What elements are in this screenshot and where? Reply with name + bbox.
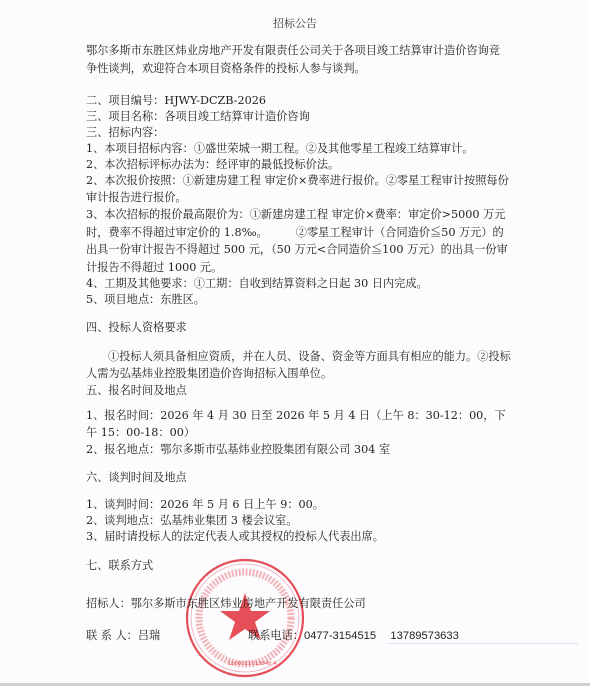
negotiation-place: 2、谈判地点：弘基炜业集团 3 楼会议室。 (86, 513, 298, 529)
tender-item-6: 5、项目地点：东胜区。 (86, 292, 205, 308)
contact-phone: 联系电话：0477-3154515 13789573633 (248, 628, 459, 644)
divider (388, 643, 578, 644)
tender-item-1: 1、本项目招标内容：①盛世荣城一期工程。②及其他零星工程竣工结算审计。 (86, 141, 474, 157)
attendance-note: 3、届时请投标人的法定代表人或其授权的投标人代表出席。 (86, 529, 384, 545)
tenderer: 招标人：鄂尔多斯市东胜区炜业房地产开发有限责任公司 (86, 596, 366, 612)
section-4-heading: 四、投标人资格要求 (86, 320, 187, 336)
project-name: 三、项目名称：各项目竣工结算审计造价咨询 (86, 109, 310, 125)
document-page: 招标公告 鄂尔多斯市东胜区炜业房地产开发有限责任公司关于各项目竣工结算审计造价咨… (0, 0, 590, 683)
negotiation-time: 1、谈判时间：2026 年 5 月 6 日上午 9：00。 (86, 497, 324, 513)
tender-item-5: 4、工期及其他要求：①工期：自收到结算资料之日起 30 日内完成。 (86, 276, 428, 292)
document-title: 招标公告 (0, 15, 590, 31)
section-4-body: ①投标人须具备相应资质，并在人员、设备、资金等方面具有相应的能力。②投标人需为弘… (86, 348, 511, 382)
section-6-heading: 六、谈判时间及地点 (86, 470, 187, 486)
svg-text:1506021013846 4: 1506021013846 4 (228, 661, 277, 667)
tender-item-4: 3、本次招标的报价最高限价为：①新建房建工程 审定价×费率：审定价>5000 万… (86, 206, 511, 276)
intro-paragraph: 鄂尔多斯市东胜区炜业房地产开发有限责任公司关于各项目竣工结算审计造价咨询竞争性谈… (86, 42, 511, 78)
tender-content-heading: 三、招标内容： (86, 125, 164, 141)
tender-item-2: 2、本次招标评标办法为：经评审的最低投标价法。 (86, 157, 339, 173)
section-7-heading: 七、联系方式 (86, 558, 153, 574)
contact-person: 联 系 人：吕瑞 (86, 628, 160, 644)
registration-place: 2、报名地点：鄂尔多斯市弘基炜业控股集团有限公司 304 室 (86, 442, 390, 458)
registration-time: 1、报名时间：2026 年 4 月 30 日至 2026 年 5 月 4 日（上… (86, 407, 511, 441)
company-seal-icon: 1506021013846 4 (184, 557, 306, 679)
tender-item-3: 2、本次报价按照：①新建房建工程 审定价×费率进行报价。②零星工程审计按照每份审… (86, 172, 511, 206)
section-5-heading: 五、报名时间及地点 (86, 383, 187, 399)
project-number: 二、项目编号：HJWY-DCZB-2026 (86, 93, 266, 109)
